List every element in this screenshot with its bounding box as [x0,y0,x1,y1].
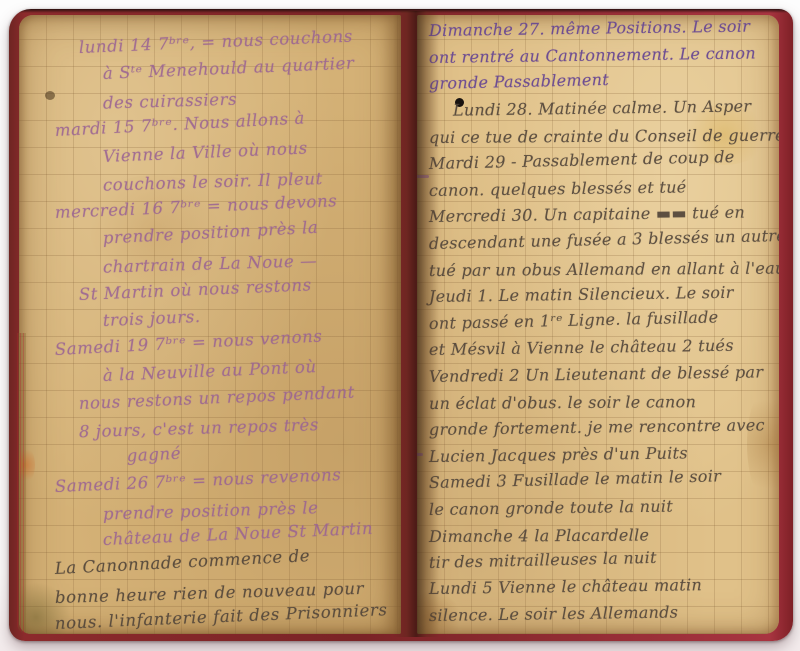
left-page-handwriting: lundi 14 7ᵇʳᵉ, = nous couchonsà Sᵗᵉ Mene… [55,35,399,634]
handwriting-line: gronde fortement. je me rencontre avec [429,412,779,443]
right-page: Dimanche 27. même Positions. Le soiront … [417,15,779,634]
handwriting-line: Lundi 28. Matinée calme. Un Asper [429,93,779,124]
left-page: lundi 14 7ᵇʳᵉ, = nous couchonsà Sᵗᵉ Mene… [19,15,401,634]
notebook-scan: lundi 14 7ᵇʳᵉ, = nous couchonsà Sᵗᵉ Mene… [0,0,800,651]
stain [45,91,55,100]
stray-ink-mark [417,175,429,178]
notebook-cover: lundi 14 7ᵇʳᵉ, = nous couchonsà Sᵗᵉ Mene… [9,9,793,641]
stain [19,445,35,485]
stray-ink-mark [417,453,423,456]
right-page-handwriting: Dimanche 27. même Positions. Le soiront … [429,18,779,630]
handwriting-line: silence. Le soir les Allemands [429,598,779,629]
handwriting-line: le canon gronde toute la nuit [429,492,779,523]
handwriting-line: Vendredi 2 Un Lieutenant de blessé par [429,359,779,390]
